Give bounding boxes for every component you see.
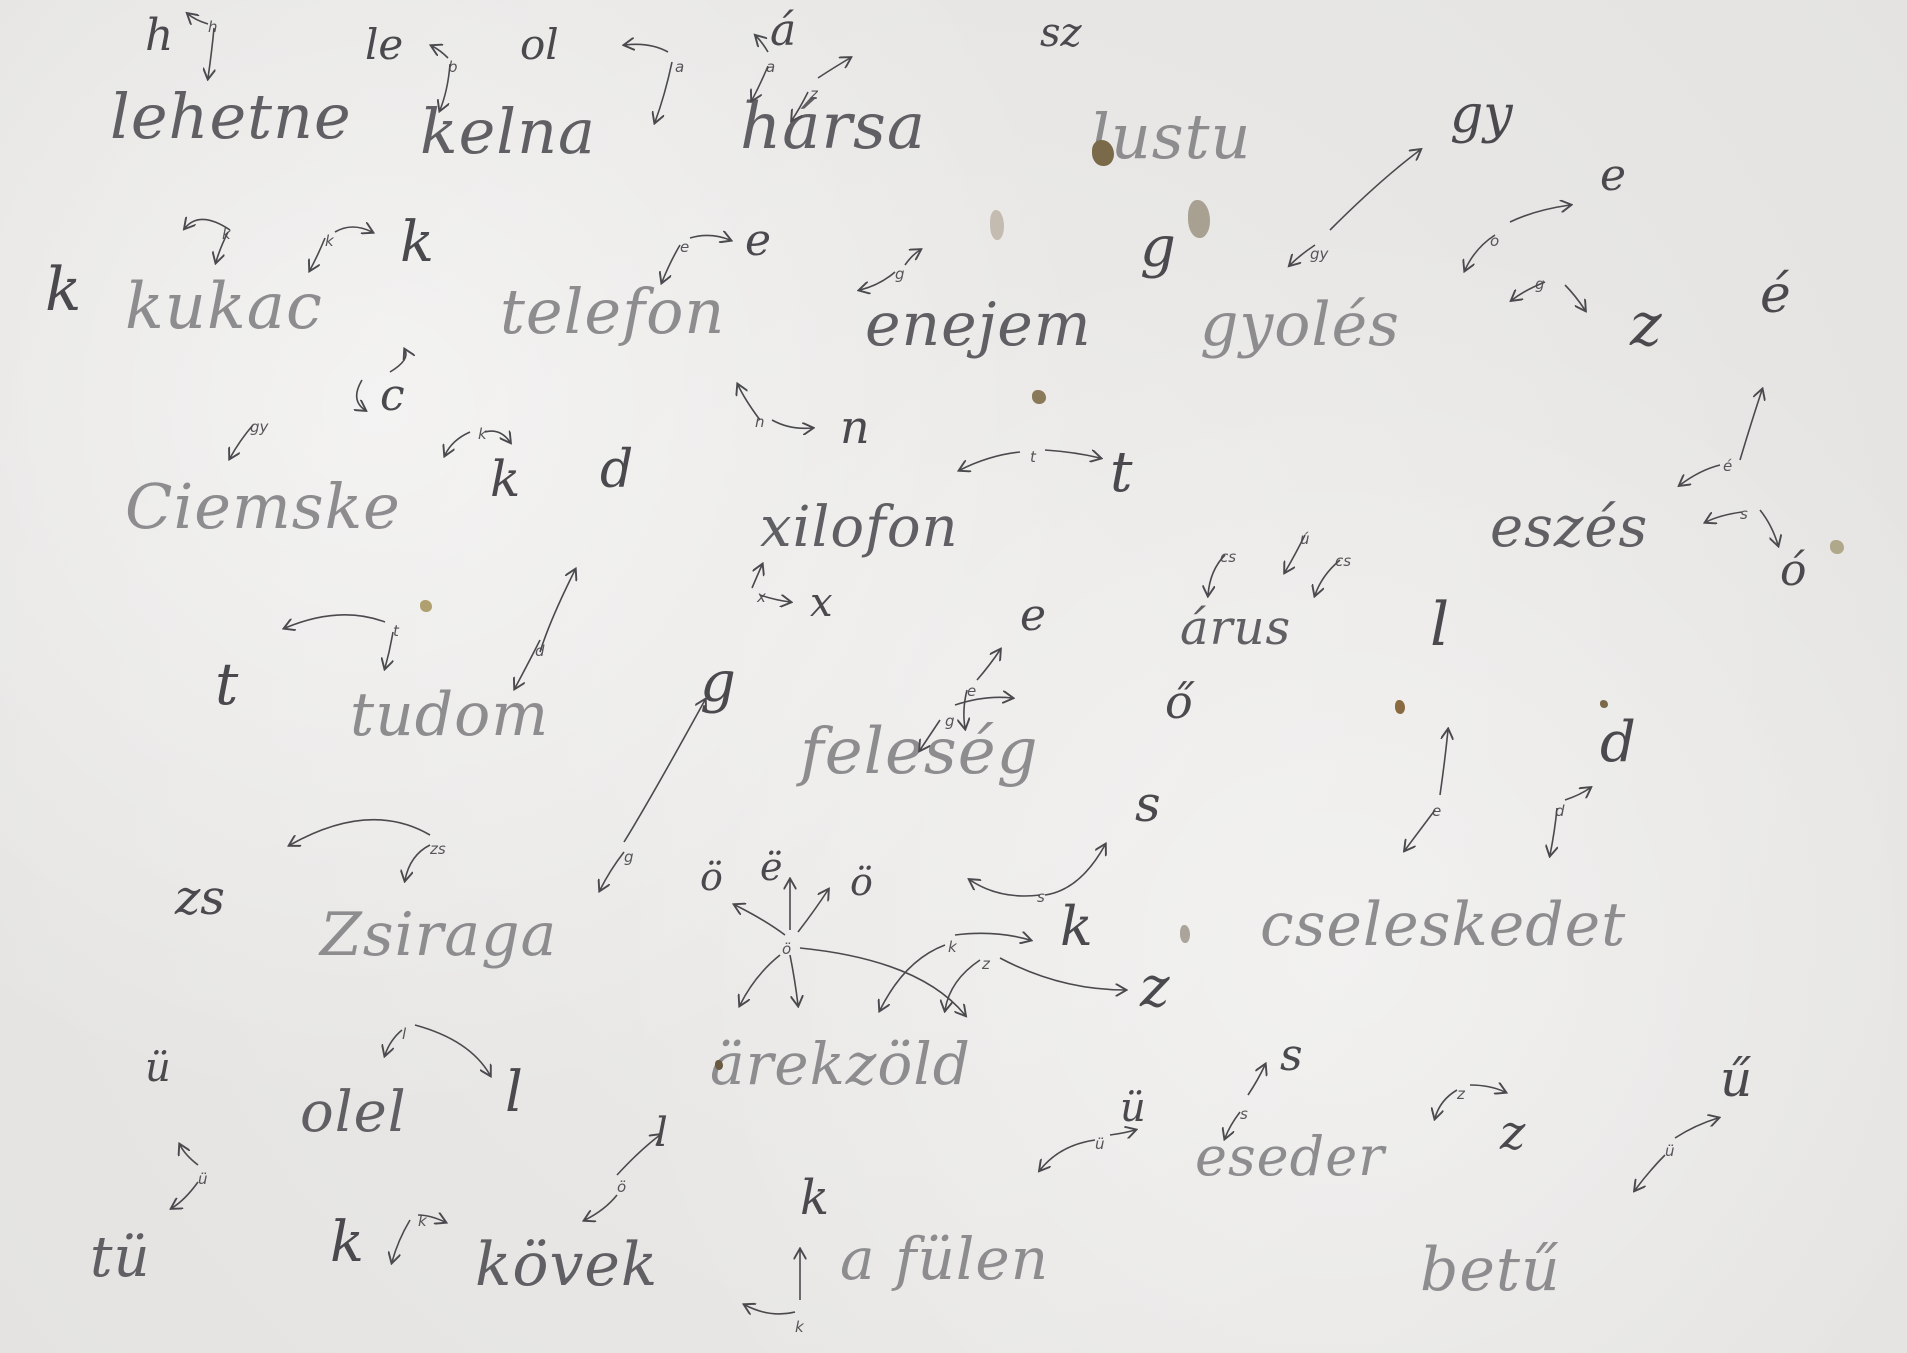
arrow-icon [1512, 282, 1545, 300]
arrow-icon [790, 955, 798, 1005]
arrow-icon [1225, 1112, 1240, 1138]
arrow-icon [600, 852, 624, 890]
arrow-icon [740, 955, 780, 1005]
arrow-icon [230, 425, 253, 458]
arrow-icon [485, 431, 510, 442]
arrow-icon [1208, 555, 1225, 595]
arrow-icon [285, 615, 385, 628]
arrow-icon [772, 420, 812, 428]
arrow-icon [418, 1215, 445, 1222]
arrow-icon [735, 905, 785, 935]
arrow-icon [1315, 560, 1340, 595]
arrow-icon [756, 36, 768, 52]
arrow-icon [1045, 845, 1105, 895]
arrow-icon [945, 960, 980, 1010]
arrow-icon [752, 66, 768, 100]
arrow-icon [955, 697, 1012, 705]
arrow-icon [955, 933, 1030, 940]
arrow-icon [1405, 810, 1435, 850]
arrow-icon [1000, 958, 1125, 990]
arrow-icon [738, 385, 760, 420]
arrow-icon [818, 58, 850, 78]
arrow-icon [655, 62, 672, 122]
arrow-icon [1740, 390, 1762, 460]
arrow-icon [760, 595, 790, 602]
arrow-icon [880, 945, 945, 1010]
arrow-icon [625, 44, 668, 52]
arrow-icon [1550, 808, 1557, 855]
arrow-icon [310, 238, 325, 270]
arrow-icon [216, 232, 228, 262]
arrow-icon [970, 880, 1040, 896]
arrow-icon [515, 640, 540, 688]
arrow-icon [860, 272, 895, 290]
arrow-icon [432, 46, 448, 58]
arrow-icon [208, 28, 214, 78]
arrow-icon [1706, 512, 1742, 522]
arrow-icon [585, 1195, 617, 1220]
arrow-icon [1675, 1118, 1718, 1138]
arrow-icon [185, 219, 230, 230]
arrow-icon [1330, 150, 1420, 230]
arrow-icon [920, 720, 940, 750]
arrow-icon [540, 570, 575, 652]
arrow-icon [1565, 788, 1590, 800]
arrow-icon [1248, 1065, 1265, 1095]
arrow-icon [1635, 1155, 1665, 1190]
arrow-icon [188, 14, 208, 24]
arrow-icon [1285, 535, 1305, 572]
arrow-icon [392, 1220, 410, 1262]
arrow-icon [445, 432, 470, 455]
arrow-icon [1465, 235, 1495, 270]
arrow-icon [405, 845, 430, 880]
arrow-icon [745, 1305, 795, 1314]
arrow-icon [1290, 245, 1315, 265]
arrow-icon [390, 350, 406, 372]
arrow-icon [385, 1030, 402, 1055]
arrow-icon [415, 1025, 490, 1075]
arrow-icon [662, 245, 680, 282]
arrow-icon [1110, 1130, 1135, 1135]
arrow-icon [440, 64, 450, 110]
arrow-icon [1440, 730, 1448, 795]
arrow-icon [335, 227, 372, 232]
arrow-icon [617, 1135, 660, 1175]
arrow-icon [357, 380, 365, 410]
arrow-icon [690, 235, 730, 240]
arrow-icon [1470, 1085, 1505, 1092]
arrow-icon [960, 452, 1020, 470]
arrow-icon [1565, 285, 1585, 310]
handwritten-paper: lehetnekelnahársalustukukactelefonenejem… [0, 0, 1907, 1353]
arrow-icon [798, 890, 828, 932]
arrow-icon [1510, 205, 1570, 222]
arrow-icon [1760, 510, 1778, 545]
arrow-icon [385, 632, 393, 668]
arrow-icon [752, 565, 762, 588]
arrow-icon [792, 92, 808, 120]
arrow-icon [977, 650, 1000, 680]
arrow-icon [290, 820, 430, 845]
arrow-icon [1680, 465, 1720, 485]
arrow-icon [905, 250, 920, 265]
arrow-icon [1435, 1090, 1457, 1118]
arrow-icon [180, 1145, 198, 1165]
arrow-icon [172, 1182, 198, 1208]
arrow-icon [1040, 1140, 1095, 1170]
annotation-arrows [0, 0, 1907, 1353]
arrow-icon [624, 700, 705, 842]
arrow-icon [1045, 450, 1100, 458]
arrow-icon [964, 690, 967, 728]
